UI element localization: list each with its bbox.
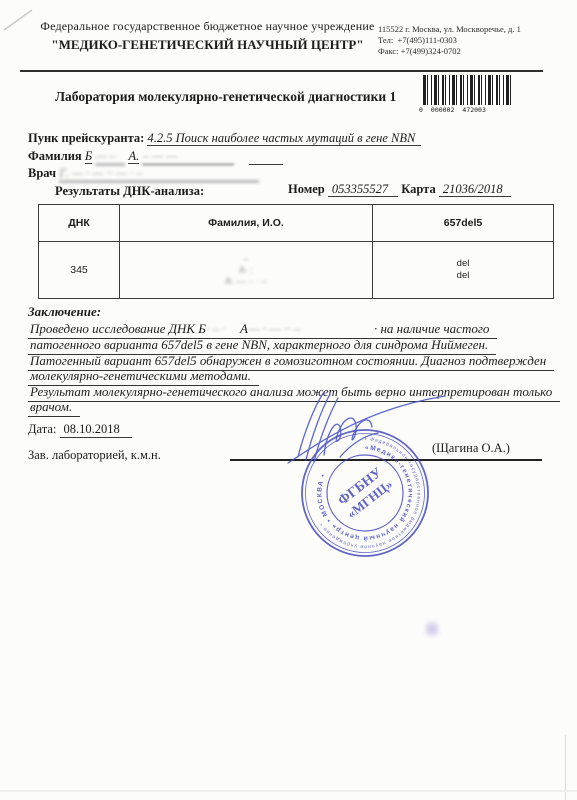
number-label: Номер [288,182,325,196]
signer-position: Зав. лабораторией, к.м.н. [28,448,161,463]
price-item-row: Пунк прейскуранта: 4.2.5 Поиск наиболее … [28,131,421,146]
org-fax: Факс: +7(499)324-0702 [378,46,521,57]
conclusion-label: Заключение: [28,304,101,320]
surname-redacted-2: – — — [142,149,234,165]
handwritten-signature [278,383,450,471]
card-value: 21036/2018 [439,182,511,197]
table-header-row: ДНК Фамилия, И.О. 657del5 [39,205,554,242]
org-name-line2: "МЕДИКО-ГЕНЕТИЧЕСКИЙ НАУЧНЫЙ ЦЕНТР" [35,37,380,53]
cell-result-del: del del [373,242,554,299]
conclusion-redacted-1: · – · [206,321,240,337]
scanned-report-page: Федеральное государственное бюджетное на… [0,0,577,800]
org-name-line1: Федеральное государственное бюджетное на… [35,19,380,34]
number-card-row: Номер 053355527 Карта 21036/2018 [288,182,511,197]
price-item-label: Пунк прейскуранта: [28,131,144,145]
conclusion-redacted-2: — · — ·· – [248,321,374,337]
doctor-row: Врач Г. — · — ·· — · – [28,166,259,182]
lab-title: Лаборатория молекулярно-генетической диа… [55,89,396,105]
date-row: Дата: 08.10.2018 [28,422,132,437]
col-header-657del5: 657del5 [373,205,554,242]
surname-visible-patronymic: А. [128,149,139,164]
card-label: Карта [401,182,435,196]
surname-underline-tail [249,149,283,165]
surname-redacted-1: — – [95,149,125,165]
number-value: 053355527 [328,182,398,197]
date-label: Дата: [28,422,56,436]
surname-row: Фамилия Б — – А. – — — [28,149,283,165]
barcode-bars [423,75,511,105]
cell-dnk-number: 345 [39,242,120,299]
barcode-digits: 0 000002 472003 [419,106,507,114]
barcode: 0 000002 472003 [419,75,507,114]
results-heading: Результаты ДНК-анализа: [55,184,204,199]
table-row: 345 – А· : А: — ·· · – del del [39,242,554,299]
org-phone: Тел: +7(495)111-0303 [378,35,521,46]
org-address: 115522 г. Москва, ул. Москворечье, д. 1 [378,24,521,35]
col-header-name: Фамилия, И.О. [120,205,373,242]
scan-corner-artifact [2,6,36,32]
header-divider [20,70,543,72]
results-table: ДНК Фамилия, И.О. 657del5 345 – А· : А: … [38,204,544,299]
doctor-redacted: Г. — · — ·· — · – [59,166,259,182]
scan-edge-bottom [0,790,577,792]
ink-smudge-artifact [425,618,439,640]
conclusion-line-6: врачом. [28,399,80,417]
surname-label: Фамилия [28,149,82,163]
price-item-value: 4.2.5 Поиск наиболее частых мутаций в ге… [147,131,421,146]
date-value: 08.10.2018 [60,422,132,438]
col-header-dnk: ДНК [39,205,120,242]
cell-patient-redacted: – А· : А: — ·· · – [120,242,373,299]
surname-visible-initial: Б [85,149,92,164]
doctor-label: Врач [28,166,56,180]
contact-block: 115522 г. Москва, ул. Москворечье, д. 1 … [378,24,521,57]
